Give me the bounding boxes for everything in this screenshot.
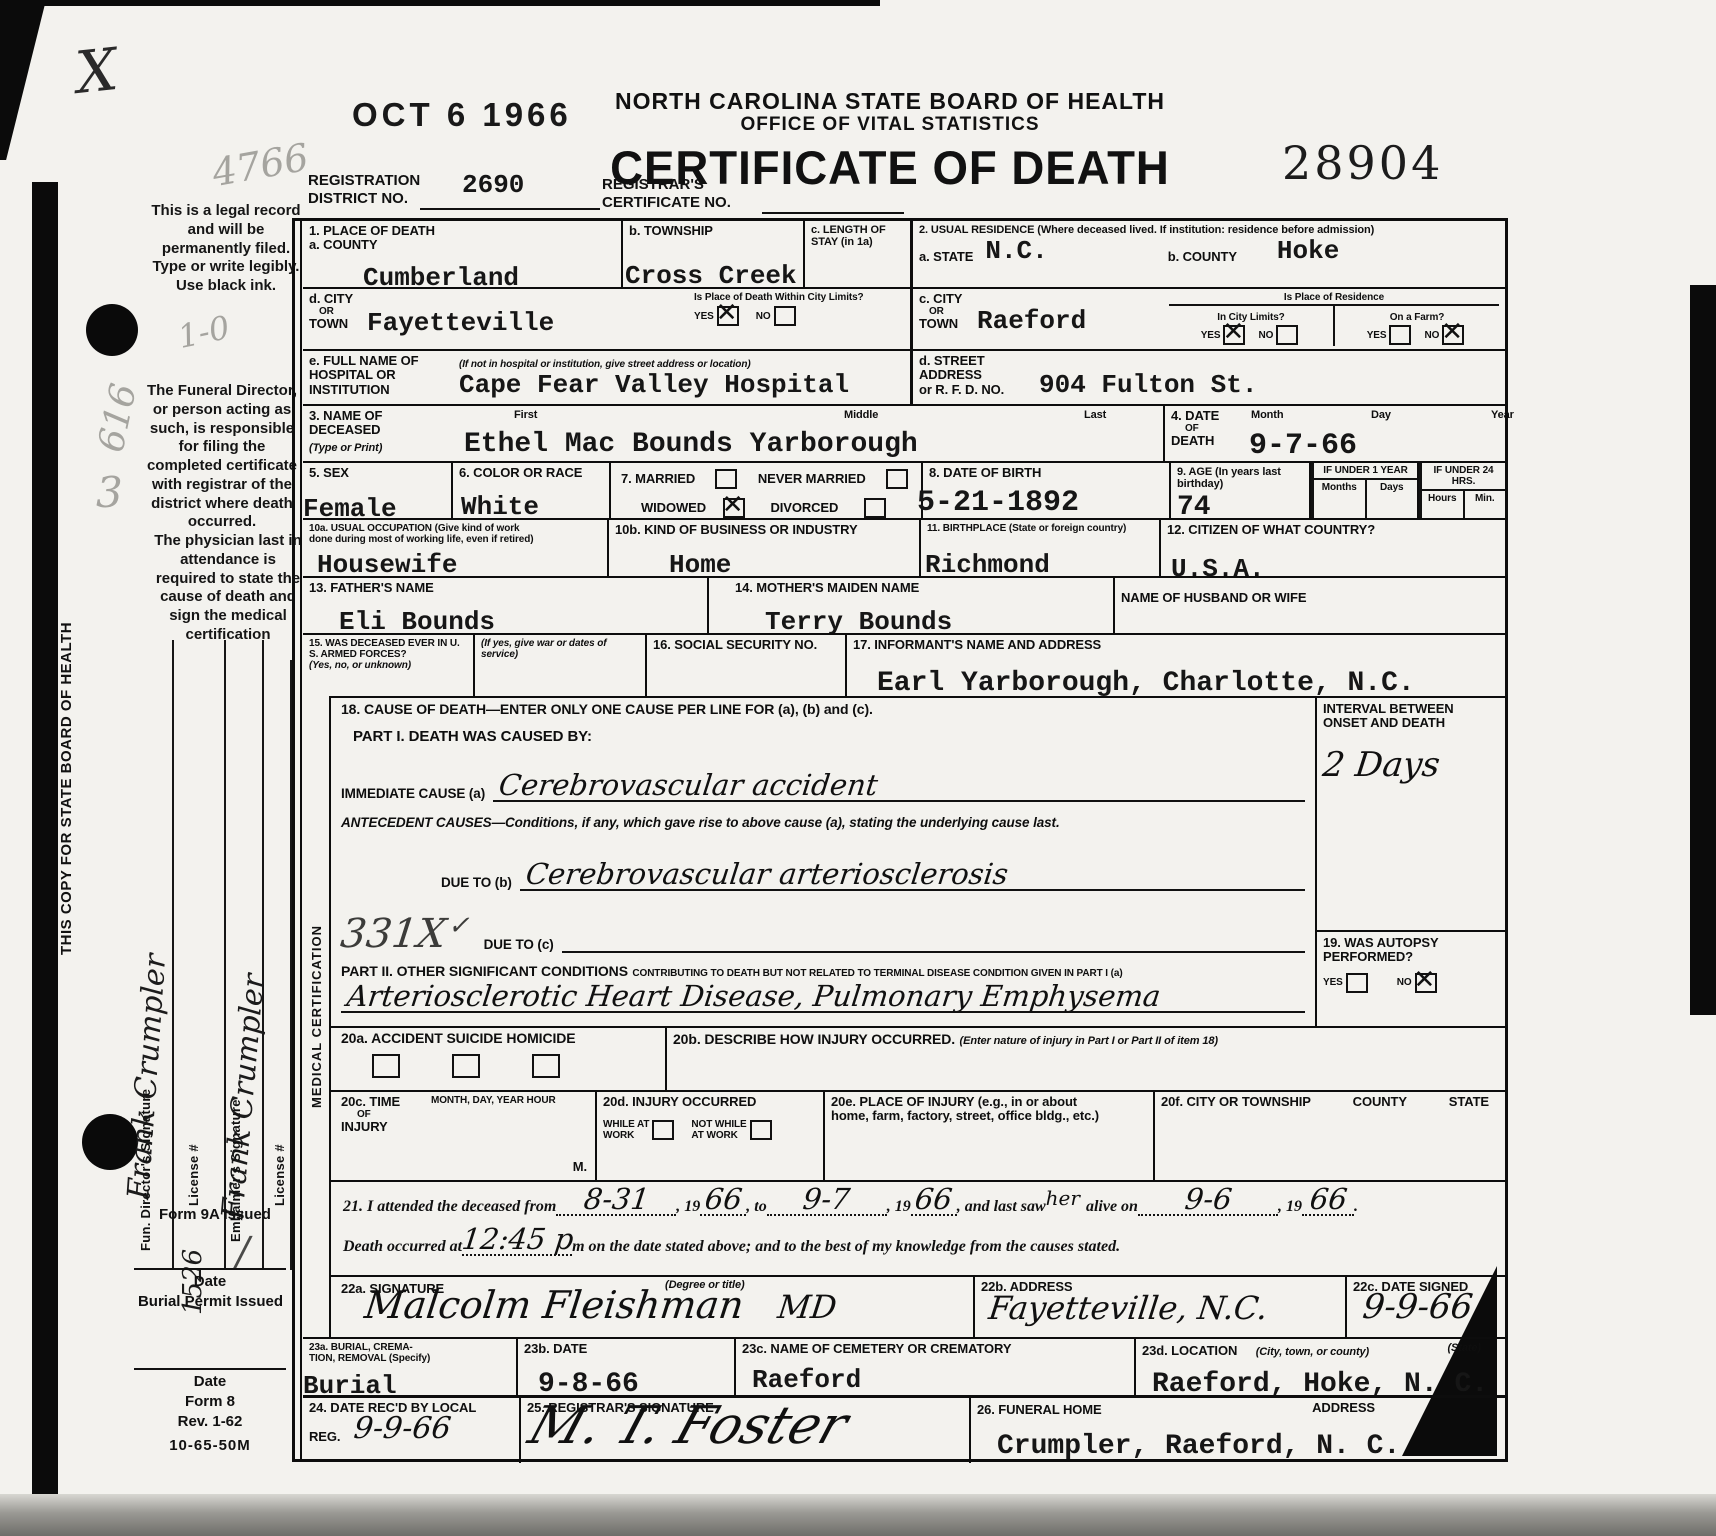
first-name-header: First [514,409,537,421]
license-label-1: License # [186,1096,201,1206]
autopsy-label2: PERFORMED? [1323,950,1499,964]
date-label-2: Date [140,1372,280,1392]
street-value: 904 Fulton St. [1039,372,1257,398]
mothers-name-value: Terry Bounds [765,609,952,635]
location-state-sub: (State) [1447,1342,1481,1354]
cause-of-death-label: 18. CAUSE OF DEATH—ENTER ONLY ONE CAUSE … [341,702,1305,717]
date-of-death-value: 9-7-66 [1249,431,1357,461]
registration-district-value: 2690 [462,172,524,198]
age-label: 9. AGE (In years last [1177,466,1303,478]
cemetery-label: 23c. NAME OF CEMETERY OR CREMATORY [742,1342,1128,1356]
death-city-limits-no-checkbox [774,306,796,326]
street-label: d. STREET [919,354,1039,368]
field-injury-city: 20f. CITY OR TOWNSHIP COUNTY STATE [1155,1092,1505,1180]
sex-label: 5. SEX [309,466,445,480]
divorced-label: DIVORCED [770,501,838,515]
usual-residence-label: 2. USUAL RESIDENCE (Where deceased lived… [919,224,1499,236]
field-physician-address: 22b. ADDRESS Fayetteville, N.C. [975,1277,1347,1337]
yes-label: YES [1201,330,1221,341]
ssn-label: 16. SOCIAL SECURITY NO. [653,638,839,652]
mothers-name-label: 14. MOTHER'S MAIDEN NAME [715,581,1107,595]
name-label: 3. NAME OF [309,409,444,423]
describe-injury-sub: (Enter nature of injury in Part I or Par… [960,1035,1218,1047]
field-age: 9. AGE (In years last birthday) 74 [1171,463,1311,518]
attended-to-year: 66 [914,1186,954,1214]
scan-edge-topleft [0,0,46,160]
date-of-death-label: 4. DATE [1171,409,1241,423]
field-length-of-stay: c. LENGTH OF STAY (in 1a) [805,221,913,287]
time-of-injury-sub: MONTH, DAY, YEAR HOUR [431,1095,556,1135]
registration-district-line [420,208,600,210]
burial-label2: TION, REMOVAL (Specify) [309,1353,510,1364]
physician-address-value: Fayetteville, N.C. [987,1293,1269,1323]
pencil-number-4766: 4766 [209,138,311,192]
scanned-death-certificate: X 4766 1-0 616 3 ∕ This is a legal recor… [0,0,1716,1536]
time-of-injury-label: 20c. TIME [341,1095,431,1109]
street-label3: or R. F. D. NO. [919,383,1039,397]
attended-from-value: 8-31 [582,1186,651,1214]
yes-label: YES [694,311,714,322]
medical-certification-strip: MEDICAL CERTIFICATION [303,696,331,1337]
never-married-label: NEVER MARRIED [758,472,866,486]
widowed-checkbox: ✕ [723,498,745,518]
field-township: b. TOWNSHIP Cross Creek [623,221,805,287]
fathers-name-label: 13. FATHER'S NAME [309,581,701,595]
section-cause-of-death: 18. CAUSE OF DEATH—ENTER ONLY ONE CAUSE … [303,696,1505,1026]
date-received-value: 9-9-66 [353,1415,453,1444]
informant-label: 17. INFORMANT'S NAME AND ADDRESS [853,638,1499,652]
township-label: b. TOWNSHIP [629,224,797,238]
date-rule [134,1268,286,1270]
scan-bottom-band [0,1494,1716,1536]
field-armed-forces: 15. WAS DECEASED EVER IN U. S. ARMED FOR… [303,635,475,696]
field-business-industry: 10b. KIND OF BUSINESS OR INDUSTRY Home [609,520,921,576]
field-registrar-signature: 25. REGISTRAR'S SIGNATURE M. T. Foster [521,1398,971,1463]
not-while-at-work-checkbox [750,1120,772,1140]
state-label: a. STATE [919,250,973,264]
no-label: NO [1397,977,1412,988]
field-place-of-death-county: 1. PLACE OF DEATH a. COUNTY Cumberland [303,221,623,287]
residence-county-value: Hoke [1277,238,1339,264]
place-of-injury-label2: home, farm, factory, street, office bldg… [831,1109,1147,1123]
due-to-b-value: Cerebrovascular arteriosclerosis [524,861,1009,889]
burial-date-label: 23b. DATE [524,1342,728,1356]
field-date-of-birth: 8. DATE OF BIRTH 5-21-1892 [923,463,1171,518]
attended-to-value: 9-7 [802,1186,852,1214]
physician-signature-value: Malcolm Fleishman [363,1287,746,1323]
date-of-birth-value: 5-21-1892 [917,488,1079,518]
city-label-town: TOWN [309,317,367,331]
hospital-label3: INSTITUTION [309,383,459,397]
cemetery-value: Raeford [752,1367,861,1393]
antecedent-causes-label: ANTECEDENT CAUSES—Conditions, if any, wh… [341,816,1305,831]
race-value: White [461,494,539,520]
occupation-label: 10a. USUAL OCCUPATION (Give kind of work [309,523,601,534]
form-8-label: Form 8 [140,1392,280,1412]
registration-district-label: REGISTRATIONDISTRICT NO. [308,172,420,208]
cause-code-annotation: 331X [339,915,448,953]
accident-label: 20a. ACCIDENT SUICIDE HOMICIDE [341,1031,659,1046]
field-date-of-death: 4. DATE OF DEATH Month Day Year 9-7-66 [1165,406,1505,461]
burial-permit-issued-label: Burial Permit Issued [128,1292,293,1312]
hospital-label: e. FULL NAME OF [309,354,459,368]
attended-text-1: 21. I attended the deceased from [343,1197,556,1216]
death-city-value: Fayetteville [367,310,554,336]
residence-city-label: c. CITY [919,292,977,306]
autopsy-no-checkbox: ✕ [1415,973,1437,993]
autopsy-yes-checkbox [1346,973,1368,993]
field-name-of-deceased: 3. NAME OF DECEASED (Type or Print) Firs… [303,406,1165,461]
registrar-certificate-line [762,212,904,214]
type-or-print-note: (Type or Print) [309,442,444,454]
field-fathers-name: 13. FATHER'S NAME Eli Bounds [303,578,709,633]
industry-value: Home [669,552,731,578]
field-if-under-1-year: IF UNDER 1 YEAR Months Days [1311,463,1419,518]
location-sub: (City, town, or county) [1256,1346,1369,1358]
scan-edge-right [1690,285,1716,1015]
months-header: Months [1314,480,1365,518]
field-autopsy: 19. WAS AUTOPSY PERFORMED? YES NO ✕ [1315,930,1505,1028]
field-informant: 17. INFORMANT'S NAME AND ADDRESS Earl Ya… [847,635,1505,696]
last-name-header: Last [1084,409,1106,421]
field-if-under-24-hrs: IF UNDER 24 HRS. Hours Min. [1419,463,1505,518]
attended-from-year: 66 [703,1186,743,1214]
death-time-value: 12:45 p [460,1226,575,1254]
divorced-checkbox [864,498,886,518]
hours-header: Hours [1422,491,1463,518]
date-of-death-death: DEATH [1171,434,1241,448]
part2-label: PART II. OTHER SIGNIFICANT CONDITIONS [341,963,628,979]
field-attendance-statement: 21. I attended the deceased from 8-31 , … [303,1180,1505,1275]
under-24-hrs-label: IF UNDER 24 HRS. [1422,463,1505,489]
margin-note-funeral-director: The Funeral Director, or person acting a… [146,382,298,532]
field-color-or-race: 6. COLOR OR RACE White [453,463,611,518]
physician-degree-value: MD [776,1292,838,1322]
immediate-cause-label: IMMEDIATE CAUSE (a) [341,787,485,802]
no-label: NO [1258,330,1273,341]
no-label: NO [1424,330,1439,341]
immediate-cause-value: Cerebrovascular accident [497,772,879,800]
field-usual-occupation: 10a. USUAL OCCUPATION (Give kind of work… [303,520,609,576]
certificate-serial-number: 28904 [1282,136,1443,190]
medical-certification-label: MEDICAL CERTIFICATION [309,925,324,1108]
field-usual-residence: 2. USUAL RESIDENCE (Where deceased lived… [913,221,1505,287]
name-label2: DECEASED [309,423,444,437]
field-death-city: d. CITY OR TOWN Fayetteville Is Place of… [303,289,913,349]
revision-label: Rev. 1-62 [140,1412,280,1432]
registrar-signature-value: M. T. Foster [523,1402,853,1451]
field-physician-signature: 22a. SIGNATURE (Degree or title) Malcolm… [335,1277,975,1337]
margin-note-legal-record: This is a legal record and will be perma… [150,202,302,296]
describe-injury-label: 20b. DESCRIBE HOW INJURY OCCURRED. [673,1031,955,1047]
field-birthplace: 11. BIRTHPLACE (State or foreign country… [921,520,1161,576]
field-armed-forces-service: (If yes, give war or dates of service) [475,635,647,696]
time-of-injury-injury: INJURY [341,1120,431,1134]
injury-county-label: COUNTY [1353,1095,1407,1109]
field-funeral-home: 26. FUNERAL HOME ADDRESS Crumpler, Raefo… [971,1398,1505,1463]
residence-city-limits-yes-checkbox: ✕ [1223,325,1245,345]
deceased-name-value: Ethel Mac Bounds Yarborough [464,431,918,459]
handwritten-x-mark: X [73,40,120,102]
last-seen-value: 9-6 [1183,1186,1233,1214]
location-label: 23d. LOCATION [1142,1343,1237,1358]
field-cemetery: 23c. NAME OF CEMETERY OR CREMATORY Raefo… [736,1339,1136,1395]
suicide-checkbox [452,1054,480,1078]
field-husband-or-wife: NAME OF HUSBAND OR WIFE [1115,578,1505,633]
hole-punch-top [86,304,138,356]
office-name: OFFICE OF VITAL STATISTICS [540,114,1240,137]
due-to-c-label: DUE TO (c) [484,938,554,953]
birthplace-value: Richmond [925,552,1050,578]
field-accident-suicide-homicide: 20a. ACCIDENT SUICIDE HOMICIDE [335,1028,667,1090]
residence-city-value: Raeford [977,308,1086,346]
widowed-label: WIDOWED [641,501,706,515]
yes-label: YES [1367,330,1387,341]
certificate-form: 1. PLACE OF DEATH a. COUNTY Cumberland b… [292,218,1508,1462]
days-header: Days [1365,480,1418,518]
field-residence-city: c. CITY OR TOWN Raeford Is Place of Resi… [913,289,1505,349]
field-place-of-injury: 20e. PLACE OF INJURY (e.g., in or about … [825,1092,1155,1180]
armed-forces-label: 15. WAS DECEASED EVER IN U. S. ARMED FOR… [309,638,467,660]
death-occurred-text-2: m on the date stated above; and to the b… [572,1237,1120,1256]
margin-note-physician: The physician last in attendance is requ… [152,532,304,645]
print-code-label: 10-65-50M [140,1436,280,1456]
hospital-label2: HOSPITAL OR [309,368,459,382]
field-injury-occurred: 20d. INJURY OCCURRED WHILE ATWORK NOT WH… [597,1092,825,1180]
margin-copy-designation: THIS COPY FOR STATE BOARD OF HEALTH [58,565,75,955]
field-time-of-injury: 20c. TIME OF INJURY MONTH, DAY, YEAR HOU… [335,1092,597,1180]
married-checkbox [715,469,737,489]
date-of-birth-label: 8. DATE OF BIRTH [929,466,1163,480]
birthplace-label: 11. BIRTHPLACE (State or foreign country… [927,523,1153,534]
interval-label: INTERVAL BETWEEN [1323,702,1499,716]
field-social-security: 16. SOCIAL SECURITY NO. [647,635,847,696]
on-a-farm-no-checkbox: ✕ [1442,325,1464,345]
field-cemetery-location: 23d. LOCATION (City, town, or county) (S… [1136,1339,1505,1395]
residence-county-label: b. COUNTY [1168,250,1237,264]
field-citizen: 12. CITIZEN OF WHAT COUNTRY? U.S.A. [1161,520,1505,576]
field-sex: 5. SEX Female [303,463,453,518]
county-label: a. COUNTY [309,238,615,252]
homicide-checkbox [532,1054,560,1078]
citizen-label: 12. CITIZEN OF WHAT COUNTRY? [1167,523,1499,537]
place-of-injury-label: 20e. PLACE OF INJURY (e.g., in or about [831,1095,1147,1109]
length-of-stay-label: c. LENGTH OF STAY (in 1a) [811,224,904,248]
date-received-label2: REG. [309,1430,340,1444]
funeral-home-address-label: ADDRESS [1312,1401,1375,1415]
autopsy-label: 19. WAS AUTOPSY [1323,936,1499,950]
interval-label2: ONSET AND DEATH [1323,716,1499,730]
city-label: d. CITY [309,292,367,306]
registrar-certificate-label: REGISTRAR'SCERTIFICATE NO. [602,176,731,212]
field-mothers-maiden-name: 14. MOTHER'S MAIDEN NAME Terry Bounds [709,578,1115,633]
place-of-death-label: 1. PLACE OF DEATH [309,224,615,238]
hospital-note: (If not in hospital or institution, give… [459,359,751,370]
armed-forces-sub: (Yes, no, or unknown) [309,660,467,671]
month-header: Month [1251,409,1283,421]
no-label: NO [756,311,771,322]
part1-label: PART I. DEATH WAS CAUSED BY: [353,729,1305,746]
pencil-code-616: 616 [94,381,144,456]
interval-value: 2 Days [1321,749,1442,781]
board-name: NORTH CAROLINA STATE BOARD OF HEALTH [540,88,1240,114]
state-value: N.C. [985,238,1047,264]
fathers-name-value: Eli Bounds [339,609,495,635]
occupation-value: Housewife [317,552,457,578]
scan-edge-left [32,182,58,1497]
field-marital-status: 7. MARRIED NEVER MARRIED WIDOWED ✕ DIVOR… [611,463,923,518]
while-at-work-checkbox [652,1120,674,1140]
her-handwritten: her [1046,1189,1080,1208]
death-occurred-text: Death occurred at [343,1237,462,1256]
under-1-year-label: IF UNDER 1 YEAR [1314,463,1417,478]
last-seen-year: 66 [1308,1186,1348,1214]
license-label-2: License # [272,1096,287,1206]
age-label2: birthday) [1177,478,1303,490]
residence-city-town: TOWN [919,317,977,331]
informant-value: Earl Yarborough, Charlotte, N.C. [877,670,1415,698]
street-label2: ADDRESS [919,368,1039,382]
hospital-value: Cape Fear Valley Hospital [459,372,904,398]
injury-state-label: STATE [1449,1095,1489,1109]
middle-name-header: Middle [844,409,878,421]
armed-forces-service-label: (If yes, give war or dates of service) [481,638,639,660]
field-date-signed: 22c. DATE SIGNED 9-9-66 [1347,1277,1505,1337]
form-9a-issued-label: Form 9A Issued [140,1205,290,1225]
form-inner-border [300,221,302,1459]
field-date-received: 24. DATE REC'D BY LOCAL REG. 9-9-66 [303,1398,521,1463]
township-value: Cross Creek [625,263,797,289]
date-signed-value: 9-9-66 [1361,1291,1474,1323]
part2-conditions-value: Arteriosclerotic Heart Disease, Pulmonar… [345,983,1162,1011]
on-a-farm-yes-checkbox [1389,325,1411,345]
part2-sub-label: CONTRIBUTING TO DEATH BUT NOT RELATED TO… [632,968,1122,979]
date-label-1: Date [140,1272,280,1292]
death-city-limits-yes-checkbox: ✕ [717,306,739,326]
funeral-home-label: 26. FUNERAL HOME [977,1402,1102,1417]
time-meridiem-label: M. [573,1160,587,1174]
scan-edge-top [0,0,880,6]
injury-city-label: 20f. CITY OR TOWNSHIP [1161,1095,1311,1109]
injury-occurred-label: 20d. INJURY OCCURRED [603,1095,817,1109]
day-header: Day [1371,409,1391,421]
never-married-checkbox [886,469,908,489]
field-burial-type: 23a. BURIAL, CREMA- TION, REMOVAL (Speci… [303,1339,518,1395]
due-to-b-label: DUE TO (b) [441,876,512,891]
field-interval-onset-death: INTERVAL BETWEEN ONSET AND DEATH 2 Days [1315,698,1505,930]
min-header: Min. [1463,491,1506,518]
field-street-address: d. STREET ADDRESS or R. F. D. NO. 904 Fu… [913,351,1505,404]
residence-question: Is Place of Residence [1169,292,1499,306]
funeral-home-value: Crumpler, Raeford, N. C. [997,1433,1400,1461]
race-label: 6. COLOR OR RACE [459,466,603,480]
field-describe-injury: 20b. DESCRIBE HOW INJURY OCCURRED. (Ente… [667,1028,1505,1090]
field-burial-date: 23b. DATE 9-8-66 [518,1339,736,1395]
funeral-director-signature-handwriting: Frank Crumpler [121,659,194,1200]
year-header: Year [1491,409,1514,421]
husband-or-wife-label: NAME OF HUSBAND OR WIFE [1121,581,1499,605]
field-hospital: e. FULL NAME OF HOSPITAL OR INSTITUTION … [303,351,913,404]
date-rule [134,1368,286,1370]
pencil-code-1-0: 1-0 [175,311,232,353]
industry-label: 10b. KIND OF BUSINESS OR INDUSTRY [615,523,913,537]
accident-checkbox [372,1054,400,1078]
on-a-farm-question: On a Farm? [1390,312,1445,323]
pencil-code-3: 3 [96,472,123,514]
cause-code-checkmark: ✓ [448,914,470,939]
residence-city-limits-no-checkbox [1276,325,1298,345]
yes-label: YES [1323,977,1343,988]
burial-label: 23a. BURIAL, CREMA- [309,1342,510,1353]
received-date-stamp: OCT 6 1966 [352,96,572,134]
occupation-label2: done during most of working life, even i… [309,534,601,545]
